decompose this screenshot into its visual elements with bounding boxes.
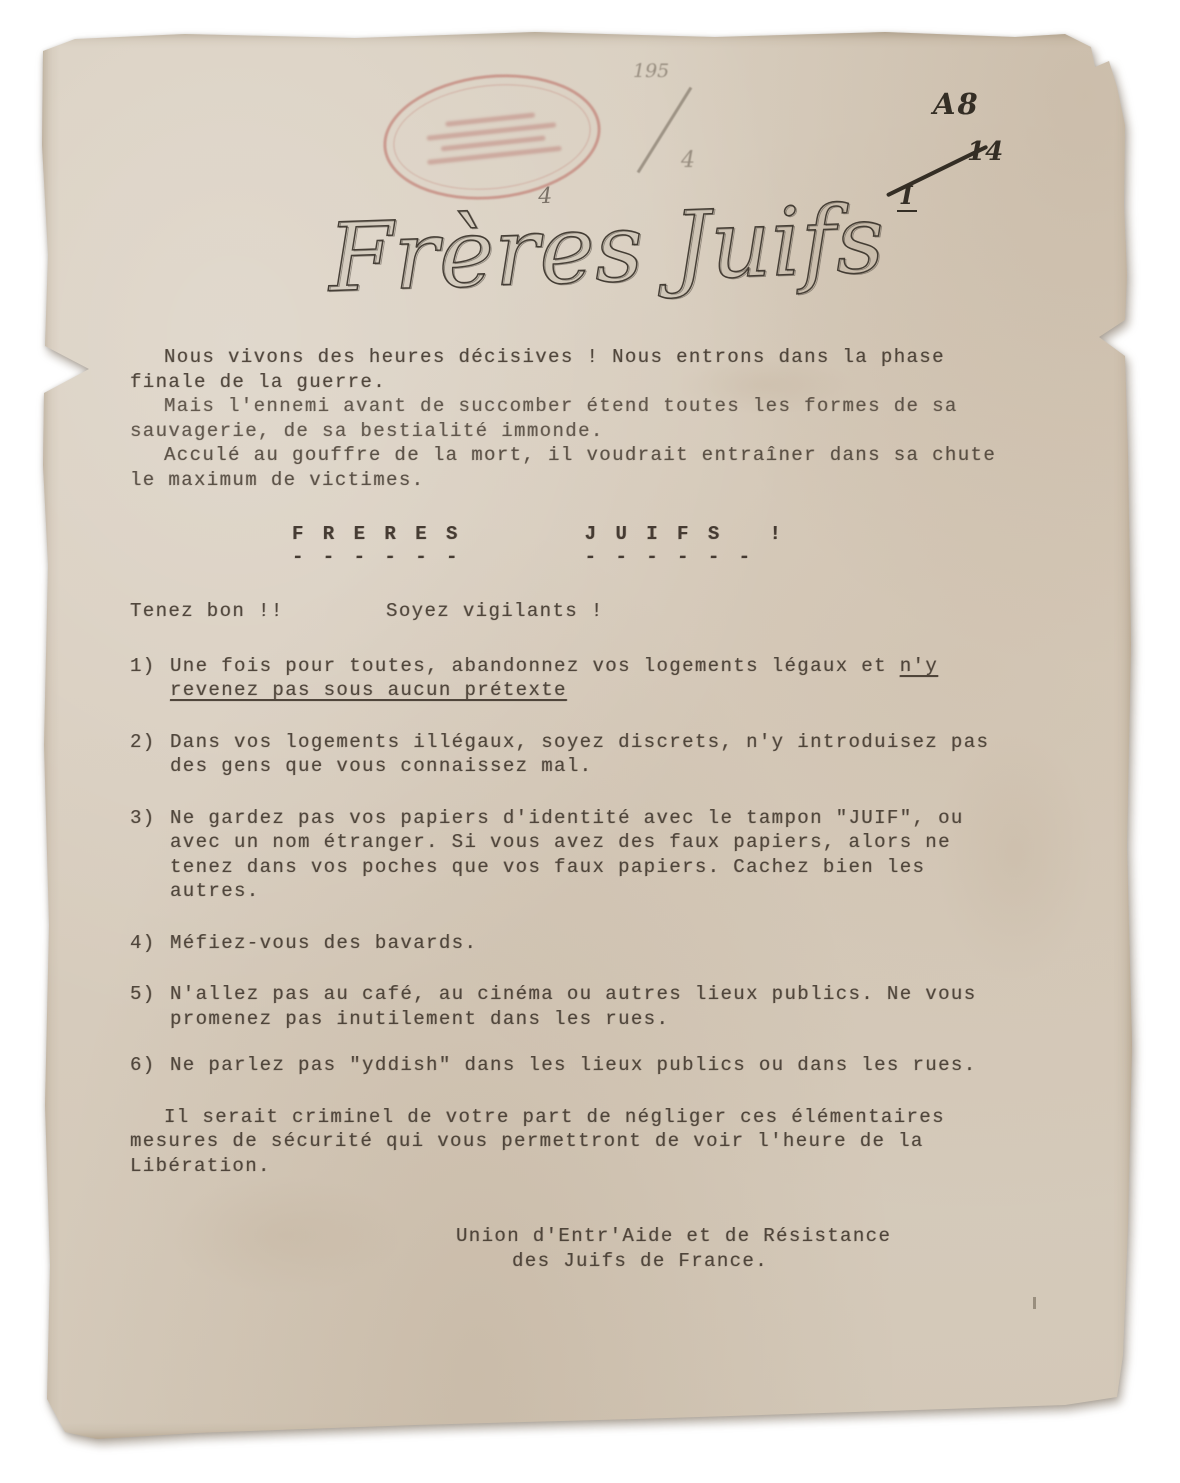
- list-item-text: Une fois pour toutes, abandonnez vos log…: [170, 654, 1022, 703]
- list-item: 5) N'allez pas au café, au cinéma ou aut…: [130, 982, 1022, 1031]
- hand-lettered-title: Frères Juifs Frères Juifs 4: [285, 163, 925, 363]
- title-small-mark: 4: [537, 184, 553, 210]
- list-item: 2) Dans vos logements illégaux, soyez di…: [130, 730, 1022, 779]
- list-item-text-plain: Ne parlez pas "yddish" dans les lieux pu…: [170, 1054, 977, 1076]
- intro-paragraph-2: Mais l'ennemi avant de succomber étend t…: [130, 394, 1022, 443]
- list-item: 6) Ne parlez pas "yddish" dans les lieux…: [130, 1053, 1022, 1078]
- closing-paragraph: Il serait criminel de votre part de négl…: [130, 1105, 1022, 1179]
- ink-mark-right: 14: [967, 137, 1003, 167]
- list-item-text-plain: Ne gardez pas vos papiers d'identité ave…: [170, 807, 964, 903]
- instruction-list: 1) Une fois pour toutes, abandonnez vos …: [130, 654, 1022, 1078]
- ink-mark-top: A8: [933, 87, 980, 121]
- list-item-text: Méfiez-vous des bavards.: [170, 931, 1022, 956]
- list-item-number: 3): [130, 806, 170, 904]
- list-item: 3) Ne gardez pas vos papiers d'identité …: [130, 806, 1022, 904]
- list-item-number: 4): [130, 931, 170, 956]
- typewritten-body: Nous vivons des heures décisives ! Nous …: [130, 345, 1022, 1273]
- list-item-text-plain: Dans vos logements illégaux, soyez discr…: [170, 731, 989, 778]
- signature-block: Union d'Entr'Aide et de Résistance des J…: [456, 1224, 1022, 1273]
- list-item: 4) Méfiez-vous des bavards.: [130, 931, 1022, 956]
- list-item-text: Dans vos logements illégaux, soyez discr…: [170, 730, 1022, 779]
- leaflet-page: 195 4 A8 14 I Frères Juifs Frères Juifs …: [35, 25, 1140, 1447]
- list-item-text: N'allez pas au café, au cinéma ou autres…: [170, 982, 1022, 1031]
- list-item-number: 5): [130, 982, 170, 1031]
- page-title-ghost: Frères Juifs: [326, 186, 887, 314]
- intro-paragraph-3: Acculé au gouffre de la mort, il voudrai…: [130, 443, 1022, 492]
- signature-line-1: Union d'Entr'Aide et de Résistance: [456, 1224, 1022, 1249]
- margin-tick-mark: [1033, 1297, 1036, 1309]
- list-item-text-plain: Une fois pour toutes, abandonnez vos log…: [170, 655, 900, 677]
- list-item-number: 2): [130, 730, 170, 779]
- list-item-text: Ne parlez pas "yddish" dans les lieux pu…: [170, 1053, 1022, 1078]
- list-item-number: 6): [130, 1053, 170, 1078]
- callout-line: Tenez bon !! Soyez vigilants !: [130, 599, 1022, 624]
- list-item: 1) Une fois pour toutes, abandonnez vos …: [130, 654, 1022, 703]
- pencil-mark-numerator: 195: [633, 60, 669, 82]
- list-item-text: Ne gardez pas vos papiers d'identité ave…: [170, 806, 1022, 904]
- intro-paragraph-1: Nous vivons des heures décisives ! Nous …: [130, 345, 1022, 394]
- section-heading-underline: - - - - - - - - - - - -: [292, 545, 1022, 570]
- aged-paper-sheet: 195 4 A8 14 I Frères Juifs Frères Juifs …: [35, 25, 1140, 1447]
- scan-background: 195 4 A8 14 I Frères Juifs Frères Juifs …: [0, 0, 1180, 1483]
- signature-line-2: des Juifs de France.: [456, 1249, 1022, 1274]
- list-item-text-plain: Méfiez-vous des bavards.: [170, 932, 477, 954]
- list-item-text-plain: N'allez pas au café, au cinéma ou autres…: [170, 983, 977, 1030]
- list-item-number: 1): [130, 654, 170, 703]
- section-heading: F R E R E S J U I F S !: [292, 522, 1022, 547]
